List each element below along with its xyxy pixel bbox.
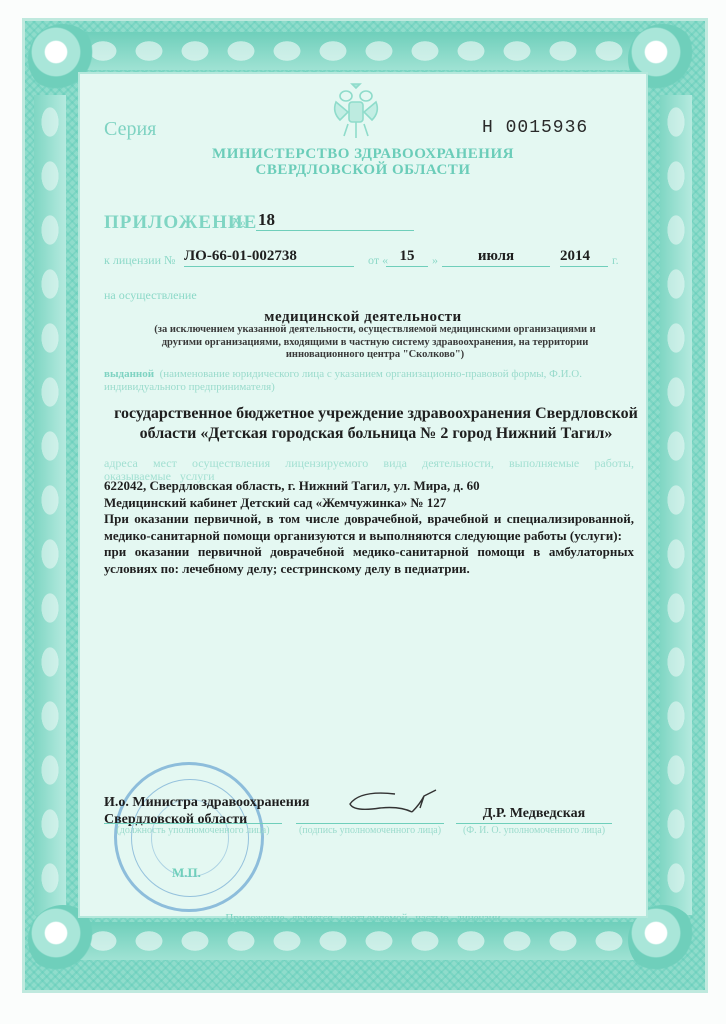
border-band-bottom	[80, 922, 646, 960]
organization-name: государственное бюджетное учреждение здр…	[96, 404, 656, 444]
name-line	[456, 823, 612, 824]
address-line: При оказании первичной, в том числе довр…	[104, 511, 634, 528]
signature-line	[296, 823, 444, 824]
series-number: Н 0015936	[482, 118, 588, 138]
license-number-label: к лицензии №	[104, 253, 175, 268]
activity-label: на осуществление	[104, 288, 197, 303]
issued-hint: (наименование юридического лица с указан…	[104, 368, 582, 393]
footer-note: Приложение является неотъемлемой частью …	[0, 912, 726, 924]
issued-to-label: выданной (наименование юридического лица…	[104, 368, 634, 394]
ministry-title-line2: СВЕРДЛОВСКОЙ ОБЛАСТИ	[0, 162, 726, 179]
border-band-right	[660, 95, 692, 915]
organization-name-line2: области «Детская городская больница № 2 …	[96, 424, 656, 444]
address-line: медико-санитарной помощи организуются и …	[104, 528, 634, 545]
border-band-top	[80, 32, 646, 70]
address-line: условиях по: лечебному делу; сестринском…	[104, 561, 634, 578]
handwritten-signature-icon	[340, 786, 450, 826]
signer-name: Д.Р. Медведская	[456, 806, 612, 822]
addresses-body: 622042, Свердловская область, г. Нижний …	[104, 478, 634, 577]
issued-label: выданной	[104, 368, 154, 380]
position-line	[104, 823, 282, 824]
license-day: 15	[386, 246, 428, 267]
signer-position-line1: И.о. Министра здравоохранения	[104, 794, 309, 811]
license-month: июля	[442, 246, 550, 267]
caption-signature: (подпись уполномоченного лица)	[296, 825, 444, 836]
activity-note: (за исключением указанной деятельности, …	[150, 324, 600, 362]
stamp-place-label: М.П.	[172, 865, 201, 881]
organization-name-line1: государственное бюджетное учреждение здр…	[96, 404, 656, 424]
address-line: при оказании первичной доврачебной медик…	[104, 544, 634, 561]
series-label: Серия	[104, 118, 156, 141]
appendix-number: 18	[256, 210, 414, 231]
caption-position: (должность уполномоченного лица)	[104, 825, 282, 836]
license-number: ЛО-66-01-002738	[184, 246, 354, 267]
license-quote-close: »	[432, 253, 438, 268]
appendix-number-sign: №	[232, 216, 245, 232]
address-line: Медицинский кабинет Детский сад «Жемчужи…	[104, 495, 634, 512]
double-headed-eagle-icon	[330, 82, 382, 142]
license-year: 2014	[560, 246, 608, 267]
license-year-suffix: г.	[612, 253, 619, 268]
border-band-left	[34, 95, 66, 915]
caption-name: (Ф. И. О. уполномоченного лица)	[456, 825, 612, 836]
official-stamp-icon	[114, 762, 264, 912]
address-line: 622042, Свердловская область, г. Нижний …	[104, 478, 634, 495]
ministry-title-line1: МИНИСТЕРСТВО ЗДРАВООХРАНЕНИЯ	[0, 146, 726, 163]
